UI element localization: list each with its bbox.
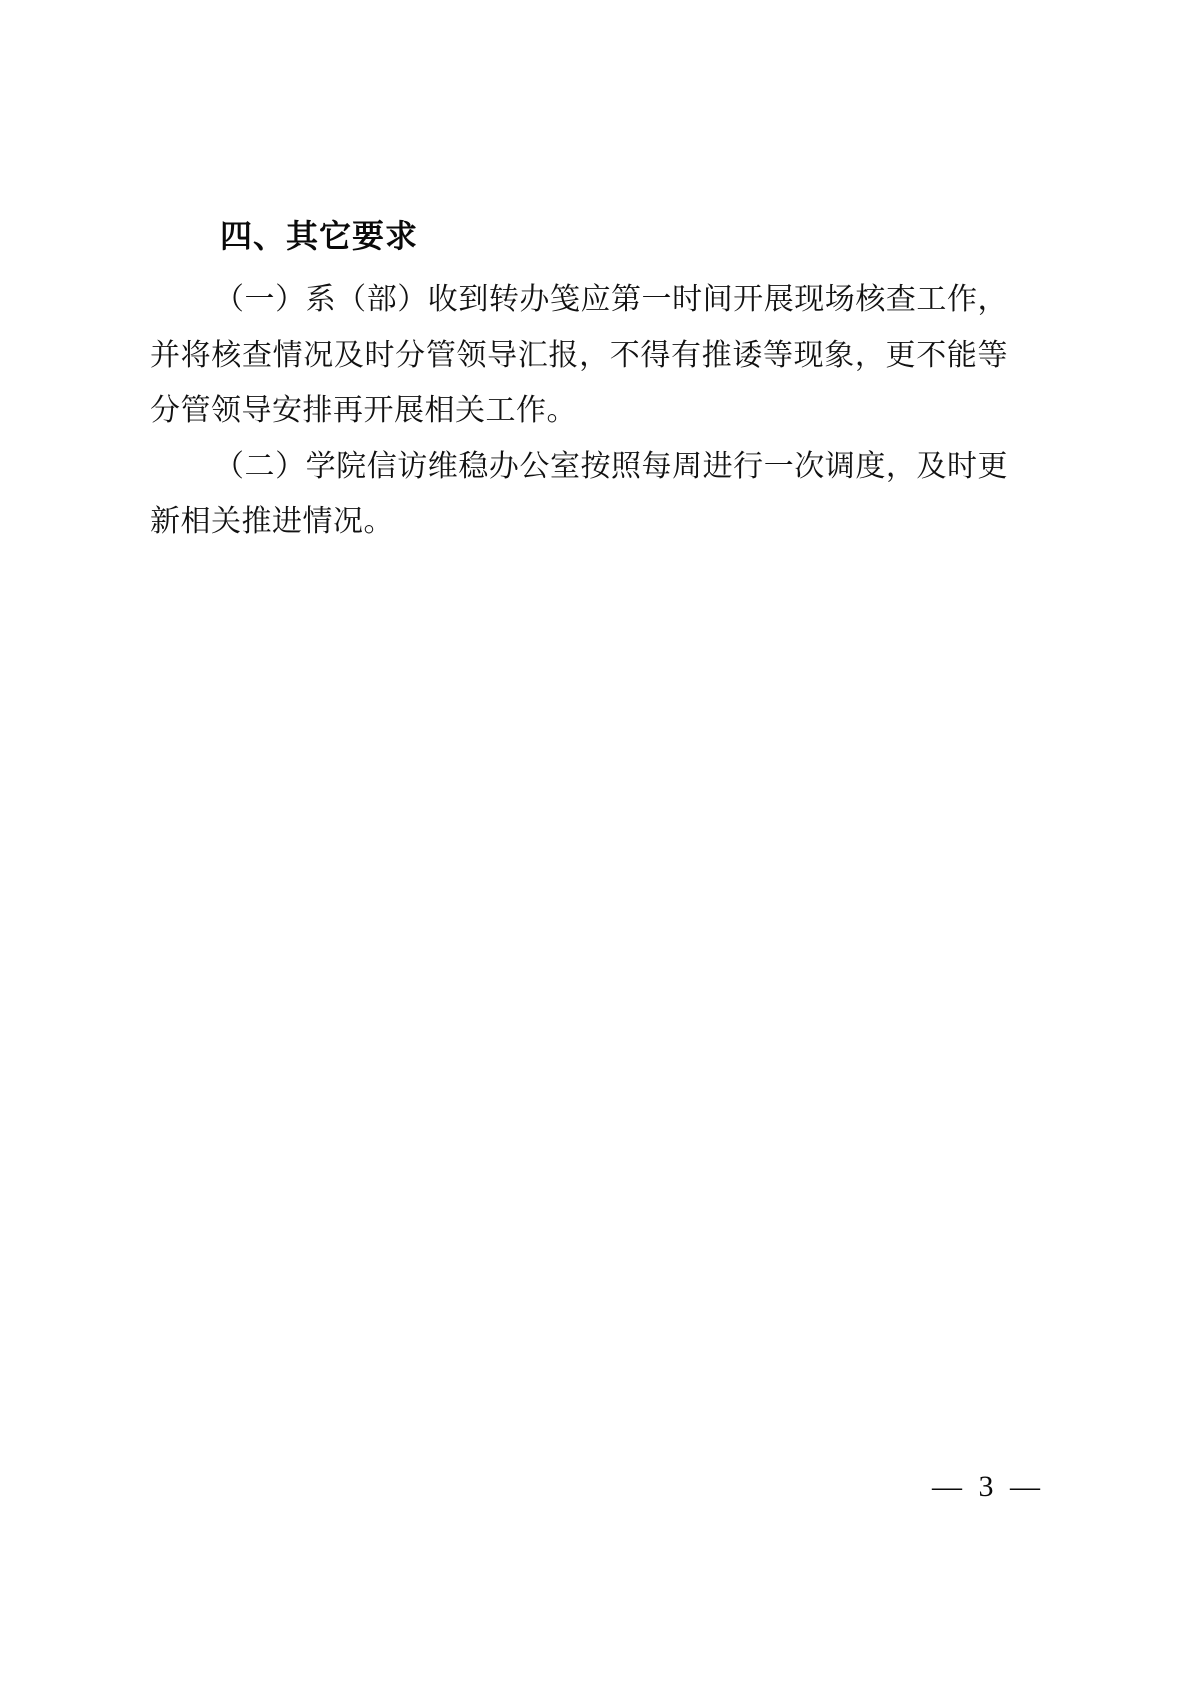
paragraph-1-line-1: （一）系（部）收到转办笺应第一时间开展现场核查工作， <box>150 272 1008 328</box>
document-page: 四、其它要求 （一）系（部）收到转办笺应第一时间开展现场核查工作， 并将核查情况… <box>0 0 1191 1684</box>
paragraph-1-line-3: 分管领导安排再开展相关工作。 <box>150 383 1008 439</box>
paragraph-2-line-2: 新相关推进情况。 <box>150 494 1008 550</box>
paragraph-1-line-2: 并将核查情况及时分管领导汇报，不得有推诿等现象，更不能等 <box>150 328 1008 384</box>
section-heading: 四、其它要求 <box>150 212 1008 260</box>
document-body: 四、其它要求 （一）系（部）收到转办笺应第一时间开展现场核查工作， 并将核查情况… <box>150 212 1008 550</box>
paragraph-2-line-1: （二）学院信访维稳办公室按照每周进行一次调度，及时更 <box>150 439 1008 495</box>
page-number: — 3 — <box>932 1469 1040 1505</box>
